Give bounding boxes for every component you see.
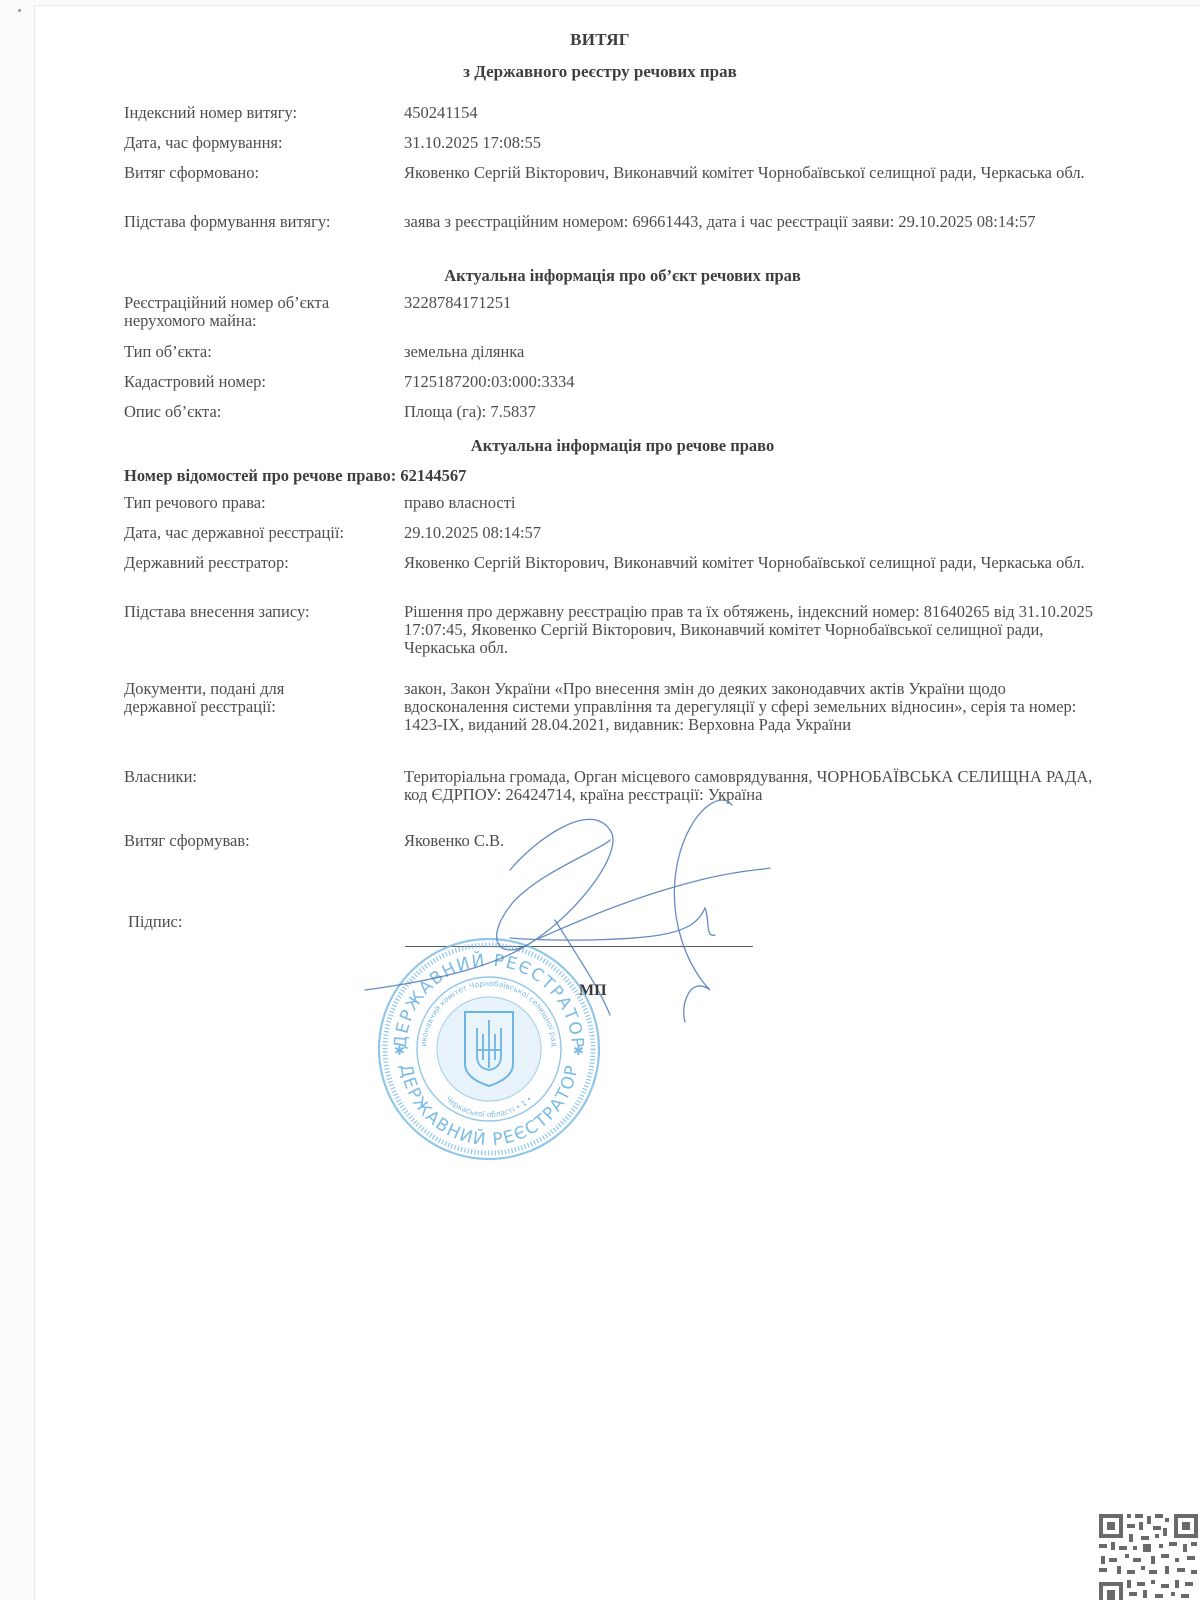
field-label: Дата, час державної реєстрації: <box>124 524 404 542</box>
field-label: Підстава внесення запису: <box>124 603 394 621</box>
field-label: Опис об’єкта: <box>124 403 394 421</box>
field-value: 31.10.2025 17:08:55 <box>404 134 1104 152</box>
document-subtitle: з Державного реєстру речових прав <box>0 62 1200 82</box>
field-label: Витяг сформовано: <box>124 164 394 182</box>
record-number-line: Номер відомостей про речове право: 62144… <box>124 466 466 486</box>
document-title: ВИТЯГ <box>0 30 1200 50</box>
field-label: Державний реєстратор: <box>124 554 394 572</box>
field-value: Яковенко Сергій Вікторович, Виконавчий к… <box>404 164 1104 182</box>
scan-artifact-dot <box>18 9 21 12</box>
svg-text:✱: ✱ <box>573 1044 584 1059</box>
field-label: Підстава формування витягу: <box>124 213 394 231</box>
field-value: земельна ділянка <box>404 343 1104 361</box>
field-value: 450241154 <box>404 104 1104 122</box>
field-value: право власності <box>404 494 1104 512</box>
field-label: Тип речового права: <box>124 494 394 512</box>
field-label: Документи, подані для державної реєстрац… <box>124 680 354 716</box>
field-value: 3228784171251 <box>404 294 1104 312</box>
svg-text:✱: ✱ <box>394 1044 405 1059</box>
field-label: Індексний номер витягу: <box>124 104 394 122</box>
field-label: Кадастровий номер: <box>124 373 394 391</box>
seal-mark-label: МП <box>579 982 607 1000</box>
handwritten-signature <box>360 790 780 1030</box>
field-value: 7125187200:03:000:3334 <box>404 373 1104 391</box>
section-heading-right: Актуальна інформація про речове право <box>0 436 1200 456</box>
field-value: закон, Закон України «Про внесення змін … <box>404 680 1104 734</box>
field-value: 29.10.2025 08:14:57 <box>404 524 1104 542</box>
field-label: Власники: <box>124 768 394 786</box>
field-label: Дата, час формування: <box>124 134 394 152</box>
field-value: заява з реєстраційним номером: 69661443,… <box>404 213 1104 231</box>
field-label: Реєстраційний номер об’єкта нерухомого м… <box>124 294 374 330</box>
qr-code-icon <box>1097 1504 1200 1600</box>
field-label: Підпис: <box>128 913 398 931</box>
section-heading-object: Актуальна інформація про об’єкт речових … <box>0 266 1200 286</box>
field-value: Площа (га): 7.5837 <box>404 403 1104 421</box>
field-label: Тип об’єкта: <box>124 343 394 361</box>
field-label: Витяг сформував: <box>124 832 394 850</box>
field-value: Рішення про державну реєстрацію прав та … <box>404 603 1104 657</box>
field-value: Яковенко Сергій Вікторович, Виконавчий к… <box>404 554 1104 572</box>
